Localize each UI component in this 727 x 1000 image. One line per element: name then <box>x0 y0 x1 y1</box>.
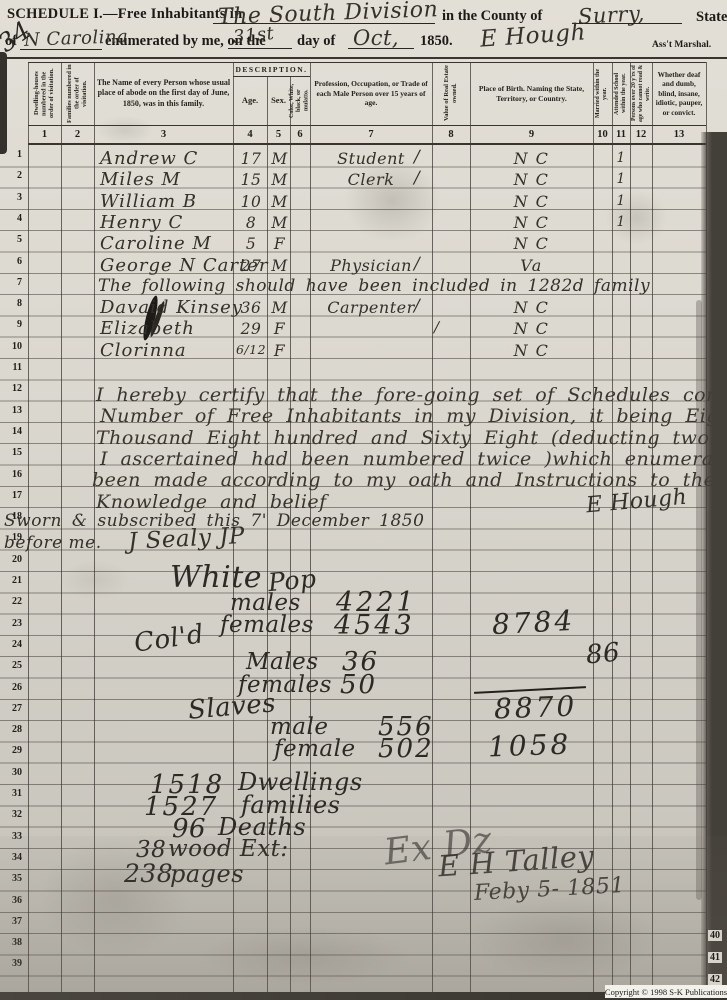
school-tally-mark: 1 <box>610 214 632 230</box>
scan-edge-left <box>0 52 7 154</box>
column-header-9: Place of Birth. Naming the State, Territ… <box>471 63 592 124</box>
person-sex: M <box>267 171 292 189</box>
left-line-number-32: 32 <box>2 809 22 820</box>
left-line-number-22: 22 <box>2 596 22 607</box>
person-sex: M <box>267 299 292 317</box>
column-header-label: Age. <box>242 95 258 106</box>
column-header-label: Sex. <box>271 95 286 106</box>
stat-slave-females-label: female <box>274 736 356 762</box>
column-number-4: 4 <box>233 127 267 142</box>
column-header-2: Families numbered in the order of visita… <box>62 63 93 124</box>
left-line-number-3: 3 <box>2 192 22 203</box>
left-line-number-33: 33 <box>2 831 22 842</box>
school-tally-mark: 1 <box>610 150 632 166</box>
column-number-10: 10 <box>593 127 612 142</box>
person-age: 15 <box>233 171 269 189</box>
column-number-6: 6 <box>290 127 310 142</box>
left-line-number-19: 19 <box>2 532 22 543</box>
left-line-number-35: 35 <box>2 873 22 884</box>
column-number-12: 12 <box>630 127 652 142</box>
stat-pages-value: 238 <box>124 859 173 888</box>
value-tick-mark: ∕ <box>434 318 440 336</box>
left-line-number-4: 4 <box>2 213 22 224</box>
column-header-6: Color, White, black, or mulatto. <box>291 77 309 124</box>
certification-line-1: I hereby certify that the fore-going set… <box>96 384 727 406</box>
left-line-number-37: 37 <box>2 916 22 927</box>
person-birthplace: N C <box>470 170 593 189</box>
column-header-label: Dwelling-houses numbered in the order of… <box>33 64 56 123</box>
person-age: 29 <box>233 320 269 338</box>
column-header-7: Profession, Occupation, or Trade of each… <box>311 63 431 124</box>
column-number-11: 11 <box>612 127 630 142</box>
person-age: 5 <box>233 235 269 253</box>
day-blank-line <box>228 48 292 49</box>
column-header-11: Attended School within the year. <box>613 63 629 124</box>
left-line-number-5: 5 <box>2 234 22 245</box>
right-line-number-40: 40 <box>708 930 722 941</box>
person-birthplace: N C <box>470 319 593 338</box>
year-label: 1850. <box>420 33 453 50</box>
person-sex: F <box>267 235 292 253</box>
state-word: State <box>696 9 727 26</box>
column-header-13: Whether deaf and dumb, blind, insane, id… <box>653 63 705 124</box>
stat-white-total: 8784 <box>491 604 576 641</box>
copyright-notice: Copyright © 1998 S-K Publications <box>605 985 727 998</box>
profession-tick-mark: ∕ <box>414 254 420 274</box>
grid-hline <box>0 57 727 59</box>
school-tally-mark: 1 <box>610 171 632 187</box>
certification-line-4: I ascertained had been numbered twice )w… <box>100 448 727 470</box>
school-tally-mark: 1 <box>610 193 632 209</box>
left-line-number-17: 17 <box>2 490 22 501</box>
person-sex: M <box>267 214 292 232</box>
state-handwritten: N Carolina <box>24 26 129 51</box>
right-line-number-42: 42 <box>708 974 722 985</box>
column-header-8: Value of Real Estate owned. <box>433 63 469 124</box>
person-age: 27 <box>233 257 269 275</box>
left-line-number-21: 21 <box>2 575 22 586</box>
column-header-label: Value of Real Estate owned. <box>443 64 459 123</box>
person-sex: F <box>267 342 292 360</box>
stat-colored-females-value: 50 <box>340 670 377 700</box>
stat-white-females-value: 4543 <box>334 610 415 641</box>
person-age: 36 <box>233 299 269 317</box>
stat-pages-label: pages <box>170 860 244 888</box>
state-blank-line <box>20 49 102 50</box>
profession-tick-mark: ∕ <box>414 296 420 316</box>
person-name: Caroline M <box>100 233 212 254</box>
schedule-title: SCHEDULE I.—Free Inhabitants in <box>7 6 242 23</box>
day-of-label: day of <box>297 33 335 50</box>
column-number-1: 1 <box>28 127 61 142</box>
right-line-number-41: 41 <box>708 952 722 963</box>
stat-wood-label: wood Ext: <box>168 836 289 862</box>
column-header-label: Attended School within the year. <box>614 64 628 123</box>
left-line-number-8: 8 <box>2 298 22 309</box>
left-line-number-6: 6 <box>2 256 22 267</box>
grid-vline <box>706 62 707 997</box>
column-header-label: The Name of every Person whose usual pla… <box>96 78 231 109</box>
left-line-number-10: 10 <box>2 341 22 352</box>
left-line-number-31: 31 <box>2 788 22 799</box>
left-line-number-11: 11 <box>2 362 22 373</box>
person-name: Clorinna <box>100 340 187 361</box>
profession-tick-mark: ∕ <box>414 168 420 188</box>
column-number-3: 3 <box>94 127 233 142</box>
person-name: Elizabeth <box>100 318 195 339</box>
person-age: 6/12 <box>233 342 269 357</box>
grid-hline <box>28 125 706 126</box>
profession-tick-mark: ∕ <box>414 147 420 167</box>
column-header-label: Place of Birth. Naming the State, Territ… <box>472 84 591 104</box>
person-birthplace: N C <box>470 298 593 317</box>
column-header-5: Sex. <box>268 77 289 124</box>
column-header-label: Whether deaf and dumb, blind, insane, id… <box>654 70 704 117</box>
person-birthplace: Va <box>470 256 593 275</box>
description-group-header: Description. <box>234 63 309 75</box>
left-line-number-16: 16 <box>2 469 22 480</box>
person-name: Davaid Kinsey <box>100 297 243 318</box>
census-page-scan: SCHEDULE I.—Free Inhabitants in The Sout… <box>0 0 727 1000</box>
column-header-3: The Name of every Person whose usual pla… <box>95 63 232 124</box>
certification-line-3: Thousand Eight hundred and Sixty Eight (… <box>96 427 727 449</box>
left-line-number-34: 34 <box>2 852 22 863</box>
left-line-number-1: 1 <box>2 149 22 160</box>
left-line-number-15: 15 <box>2 447 22 458</box>
left-line-number-29: 29 <box>2 745 22 756</box>
person-sex: M <box>267 257 292 275</box>
marshal-title: Ass't Marshal. <box>652 40 711 50</box>
left-line-number-39: 39 <box>2 958 22 969</box>
left-line-number-25: 25 <box>2 660 22 671</box>
person-age: 8 <box>233 214 269 232</box>
person-name: Henry C <box>100 212 183 233</box>
column-header-12: Persons over 20 y'rs of age who cannot r… <box>631 63 651 124</box>
person-age: 17 <box>233 150 269 168</box>
county-handwritten: Surry, <box>577 1 645 28</box>
column-number-9: 9 <box>470 127 593 142</box>
left-line-number-7: 7 <box>2 277 22 288</box>
stat-free-total: 8870 <box>493 690 577 726</box>
left-line-number-23: 23 <box>2 618 22 629</box>
county-blank-line <box>572 23 682 24</box>
stat-colored-total: 86 <box>585 638 622 671</box>
column-header-10: Married within the year. <box>594 63 611 124</box>
left-line-number-38: 38 <box>2 937 22 948</box>
stat-slave-females-value: 502 <box>378 734 434 764</box>
person-sex: F <box>267 320 292 338</box>
column-header-label: Married within the year. <box>595 64 609 123</box>
column-number-13: 13 <box>652 127 706 142</box>
month-blank-line <box>348 48 414 49</box>
left-line-number-12: 12 <box>2 383 22 394</box>
left-line-number-26: 26 <box>2 682 22 693</box>
left-line-number-24: 24 <box>2 639 22 650</box>
left-line-number-18: 18 <box>2 511 22 522</box>
person-name: Miles M <box>100 169 181 190</box>
person-age: 10 <box>233 193 269 211</box>
column-number-2: 2 <box>61 127 94 142</box>
division-blank-line <box>213 23 435 24</box>
column-header-label: Profession, Occupation, or Trade of each… <box>312 79 430 108</box>
stat-white-females-label: females <box>220 612 314 638</box>
certification-line-6: Knowledge and belief <box>96 491 327 513</box>
left-line-number-2: 2 <box>2 170 22 181</box>
person-sex: M <box>267 150 292 168</box>
column-header-label: Families numbered in the order of visita… <box>66 64 89 123</box>
column-header-4: Age. <box>234 77 266 124</box>
column-header-label: Persons over 20 y'rs of age who cannot r… <box>631 64 652 123</box>
left-line-number-36: 36 <box>2 895 22 906</box>
person-birthplace: N C <box>470 213 593 232</box>
inserted-note: The following should have been included … <box>98 276 650 296</box>
left-line-number-28: 28 <box>2 724 22 735</box>
certification-line-5: been made according to my oath and Instr… <box>92 469 727 491</box>
left-line-number-30: 30 <box>2 767 22 778</box>
left-line-number-20: 20 <box>2 554 22 565</box>
stat-slave-total: 1058 <box>487 728 571 764</box>
person-birthplace: N C <box>470 234 593 253</box>
column-number-5: 5 <box>267 127 290 142</box>
person-name: William B <box>100 191 197 212</box>
left-line-number-9: 9 <box>2 319 22 330</box>
column-header-label: Color, White, black, or mulatto. <box>289 78 311 123</box>
left-line-number-27: 27 <box>2 703 22 714</box>
person-name: Andrew C <box>100 148 198 169</box>
person-birthplace: N C <box>470 149 593 168</box>
day-handwritten: 31st <box>232 23 275 48</box>
column-number-8: 8 <box>432 127 470 142</box>
left-line-number-14: 14 <box>2 426 22 437</box>
person-sex: M <box>267 193 292 211</box>
person-birthplace: N C <box>470 192 593 211</box>
column-number-7: 7 <box>310 127 432 142</box>
person-birthplace: N C <box>470 341 593 360</box>
certification-line-2: Number of Free Inhabitants in my Divisio… <box>100 405 727 427</box>
left-line-number-13: 13 <box>2 405 22 416</box>
column-header-1: Dwelling-houses numbered in the order of… <box>29 63 60 124</box>
month-handwritten: Oct, <box>353 26 399 50</box>
